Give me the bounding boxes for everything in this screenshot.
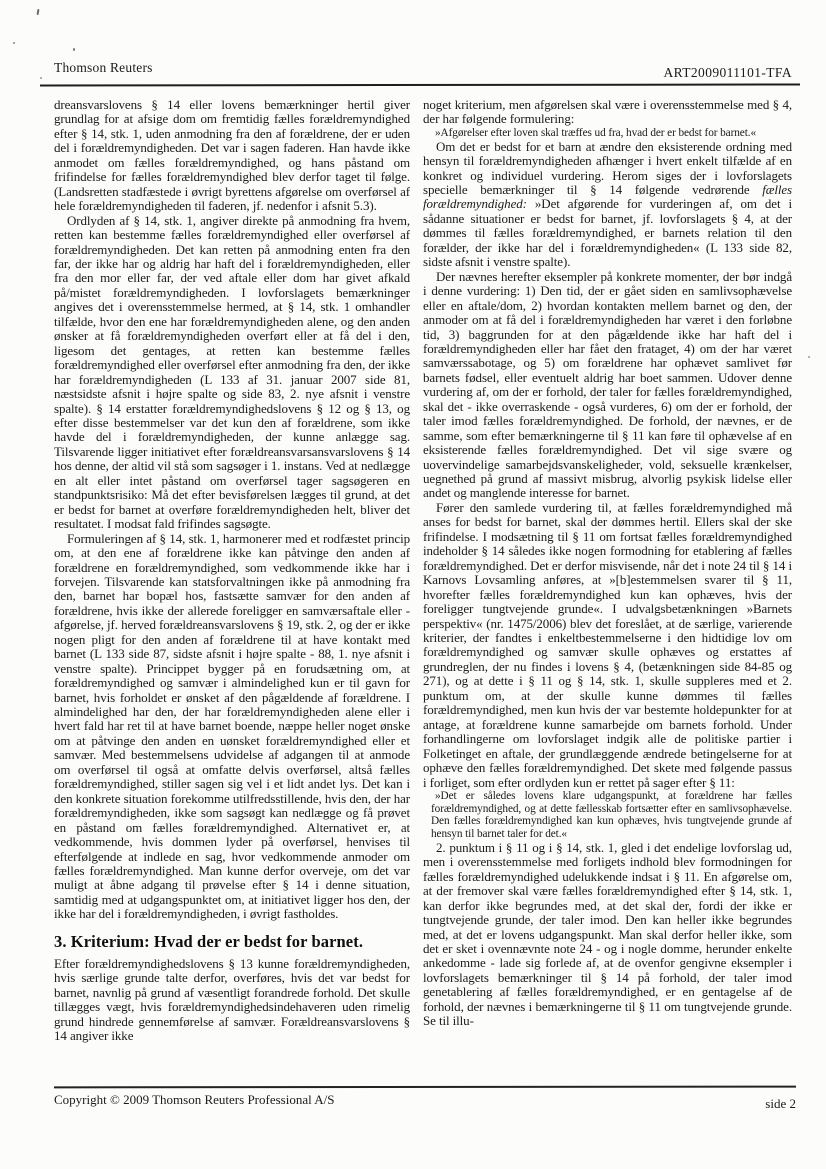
body-paragraph: dreansvarslovens § 14 eller lovens bemær… <box>54 98 410 214</box>
body-paragraph: Formuleringen af § 14, stk. 1, harmonere… <box>54 532 410 922</box>
article-body: dreansvarslovens § 14 eller lovens bemær… <box>54 98 792 1084</box>
scan-speckle <box>40 77 42 79</box>
body-paragraph: Der nævnes herefter eksempler på konkret… <box>423 270 792 501</box>
scan-speckle <box>13 42 15 44</box>
document-id: ART2009011101-TFA <box>664 65 793 81</box>
body-paragraph: 2. punktum i § 11 og i § 14, stk. 1, gle… <box>423 841 792 1029</box>
publisher-name: Thomson Reuters <box>54 60 153 76</box>
right-column: noget kriterium, men afgørelsen skal vær… <box>423 98 792 1084</box>
left-column: dreansvarslovens § 14 eller lovens bemær… <box>54 98 410 1084</box>
body-paragraph: Ordlyden af § 14, stk. 1, angiver direkt… <box>54 214 410 532</box>
body-paragraph: Efter forældremyndighedslovens § 13 kunn… <box>54 957 410 1044</box>
copyright-notice: Copyright © 2009 Thomson Reuters Profess… <box>54 1092 334 1108</box>
scan-speckle <box>808 356 810 358</box>
document-page: Thomson Reuters ART2009011101-TFA dreans… <box>0 0 826 1169</box>
page-header: Thomson Reuters ART2009011101-TFA <box>54 60 792 76</box>
section-heading: 3. Kriterium: Hvad der er bedst for barn… <box>54 932 410 951</box>
body-paragraph: noget kriterium, men afgørelsen skal vær… <box>423 98 792 127</box>
body-paragraph: Om det er bedst for et barn at ændre den… <box>423 140 792 270</box>
page-footer: Copyright © 2009 Thomson Reuters Profess… <box>54 1092 796 1112</box>
page-number: side 2 <box>765 1096 796 1112</box>
header-rule <box>40 83 800 86</box>
footer-rule <box>54 1086 796 1089</box>
scan-speckle <box>73 48 75 51</box>
body-paragraph: Fører den samlede vurdering til, at fæll… <box>423 501 792 790</box>
scan-speckle <box>36 9 39 15</box>
block-quote: »Det er således lovens klare udgangspunk… <box>431 790 792 841</box>
